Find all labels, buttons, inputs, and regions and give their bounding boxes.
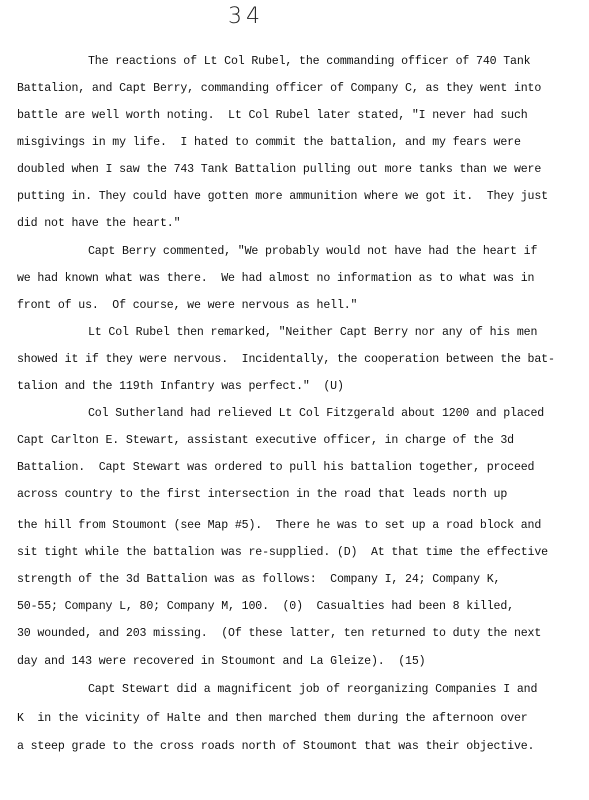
- text-line: did not have the heart.": [17, 217, 180, 231]
- text-line: Col Sutherland had relieved Lt Col Fitzg…: [88, 407, 544, 421]
- text-line: Capt Carlton E. Stewart, assistant execu…: [17, 434, 514, 448]
- text-line: sit tight while the battalion was re-sup…: [17, 546, 548, 560]
- text-line: battle are well worth noting. Lt Col Rub…: [17, 109, 528, 123]
- text-line: Capt Stewart did a magnificent job of re…: [88, 683, 537, 697]
- text-line: Capt Berry commented, "We probably would…: [88, 245, 537, 259]
- text-line: The reactions of Lt Col Rubel, the comma…: [88, 55, 530, 69]
- text-line: the hill from Stoumont (see Map #5). The…: [17, 519, 541, 533]
- text-line: misgivings in my life. I hated to commit…: [17, 136, 521, 150]
- text-line: 30 wounded, and 203 missing. (Of these l…: [17, 627, 541, 641]
- text-line: talion and the 119th Infantry was perfec…: [17, 380, 344, 394]
- text-line: Lt Col Rubel then remarked, "Neither Cap…: [88, 326, 537, 340]
- page-number: 34: [228, 4, 264, 29]
- text-line: putting in. They could have gotten more …: [17, 190, 548, 204]
- text-line: doubled when I saw the 743 Tank Battalio…: [17, 163, 541, 177]
- text-line: front of us. Of course, we were nervous …: [17, 299, 357, 313]
- text-line: across country to the first intersection…: [17, 488, 507, 502]
- text-line: Battalion, and Capt Berry, commanding of…: [17, 82, 541, 96]
- text-line: a steep grade to the cross roads north o…: [17, 740, 534, 754]
- text-line: K in the vicinity of Halte and then marc…: [17, 712, 528, 726]
- text-line: 50-55; Company L, 80; Company M, 100. (0…: [17, 600, 514, 614]
- text-line: we had known what was there. We had almo…: [17, 272, 534, 286]
- text-line: day and 143 were recovered in Stoumont a…: [17, 655, 425, 669]
- document-page: 34 The reactions of Lt Col Rubel, the co…: [0, 0, 589, 800]
- text-line: Battalion. Capt Stewart was ordered to p…: [17, 461, 534, 475]
- text-line: showed it if they were nervous. Incident…: [17, 353, 555, 367]
- text-line: strength of the 3d Battalion was as foll…: [17, 573, 500, 587]
